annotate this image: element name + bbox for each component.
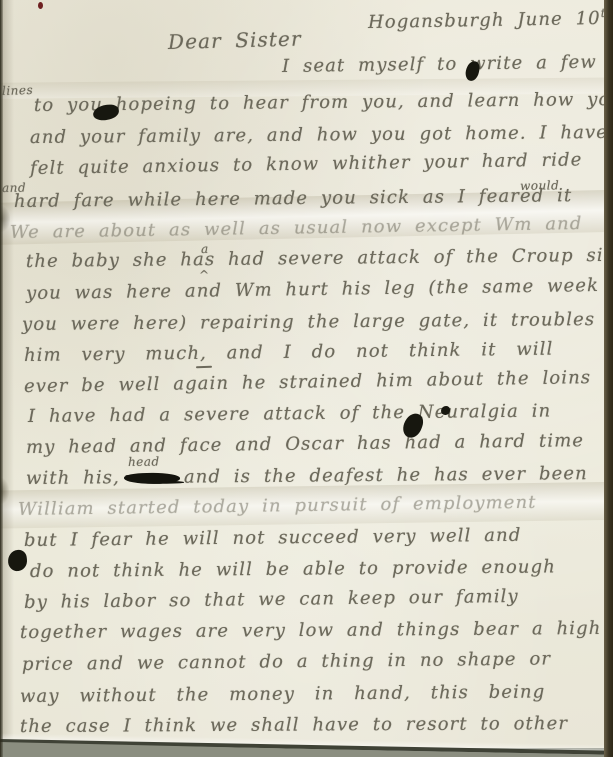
margin-word: lines [2, 83, 34, 98]
line-prefix: with his, [26, 467, 120, 489]
ink-blot [441, 406, 450, 415]
letter-salutation: Dear Sister [168, 27, 302, 54]
red-speck [38, 2, 43, 9]
letter-line: I seat myself to write a few [282, 52, 597, 77]
scan-edge-left [0, 0, 3, 757]
line-suffix: and is the deafest he has ever been [184, 463, 588, 488]
strikeout-blot [124, 473, 180, 484]
letter-heading-date: Hogansburgh June 10th [368, 6, 613, 33]
letter-line: the case I think we shall have to resort… [20, 713, 568, 737]
letter-line: together wages are very low and things b… [20, 618, 602, 643]
scan-edge-right [604, 0, 613, 757]
heading-location-date: Hogansburgh June 10 [368, 8, 601, 33]
letter-scan: Hogansburgh June 10th Dear Sister I seat… [0, 0, 613, 757]
